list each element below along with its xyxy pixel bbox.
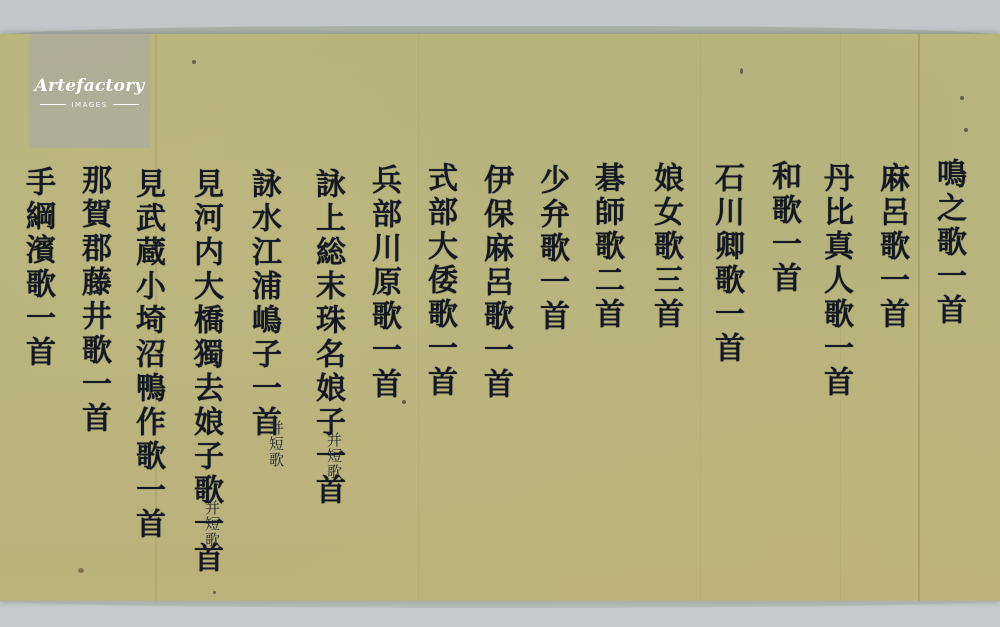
ink-speck: [402, 400, 406, 404]
ink-speck: [78, 568, 84, 573]
text-column: 詠水江浦嶋子一首: [248, 168, 278, 440]
ink-speck: [960, 96, 964, 100]
text-column: 手綱濱歌一首: [22, 166, 52, 370]
watermark-title: Artefactory: [35, 76, 145, 96]
text-column: 那賀郡藤井歌一首: [78, 164, 108, 436]
ruled-line: [418, 34, 419, 601]
ink-speck: [964, 128, 968, 132]
text-column: 見武蔵小埼沼鴨作歌一首: [132, 168, 162, 542]
ink-speck: [192, 60, 196, 64]
annotation-note: 并短歌: [268, 420, 283, 468]
text-column: 丹比真人歌一首: [820, 162, 850, 400]
text-column: 伊保麻呂歌一首: [480, 164, 510, 402]
text-column: 鳴之歌一首: [933, 158, 963, 328]
text-column: 和歌一首: [768, 160, 798, 296]
text-column: 麻呂歌一首: [876, 162, 906, 332]
text-column: 少弁歌一首: [536, 164, 566, 334]
annotation-note: 并短歌: [326, 432, 341, 480]
text-column: 兵部川原歌一首: [368, 164, 398, 402]
ink-speck: [740, 68, 743, 74]
text-column: 娘女歌三首: [650, 162, 680, 332]
text-column: 石川卿歌一首: [711, 162, 741, 366]
text-column: 式部大倭歌一首: [424, 162, 454, 400]
text-column: 碁師歌二首: [591, 162, 621, 332]
annotation-note: 并短歌: [204, 500, 219, 548]
paper-seam: [918, 34, 920, 601]
ink-speck: [213, 591, 216, 594]
ruled-line: [700, 34, 701, 601]
watermark: Artefactory IMAGES: [29, 34, 150, 148]
watermark-subtitle: IMAGES: [71, 101, 107, 109]
watermark-subtitle-row: IMAGES: [40, 101, 138, 109]
divider-line: [40, 104, 66, 105]
divider-line: [113, 104, 139, 105]
